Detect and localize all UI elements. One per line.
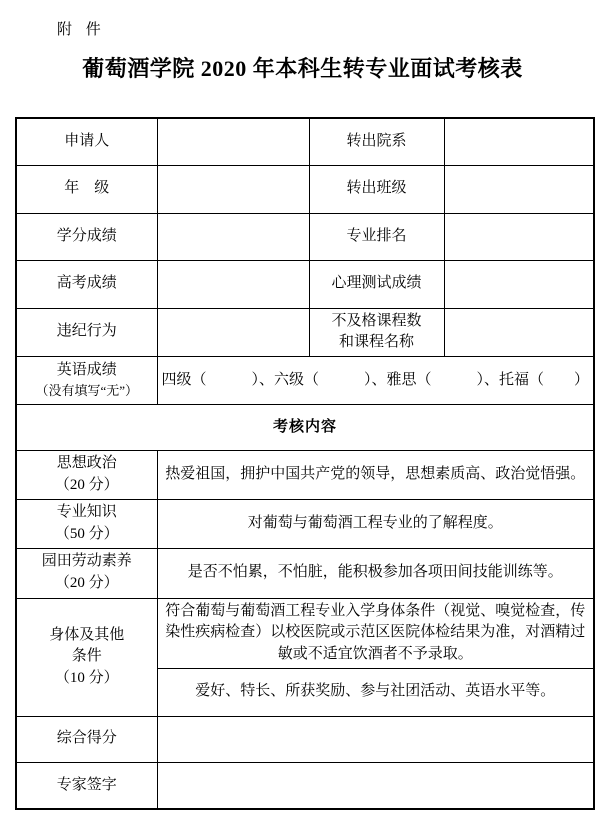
row-total-score: 综合得分 [16, 716, 594, 762]
row-section-header: 考核内容 [16, 405, 594, 451]
row-credit-score: 学分成绩 专业排名 [16, 213, 594, 260]
failed-courses-label: 不及格课程数 和课程名称 [309, 308, 444, 357]
professional-knowledge-label: 专业知识 （50 分） [16, 499, 157, 548]
row-physical-conditions-1: 身体及其他 条件 （10 分） 符合葡萄与葡萄酒工程专业入学身体条件（视觉、嗅觉… [16, 598, 594, 668]
row-ideology: 思想政治 （20 分） 热爱祖国，拥护中国共产党的领导，思想素质高、政治觉悟强。 [16, 451, 594, 500]
field-labor-label: 园田劳动素养 （20 分） [16, 548, 157, 598]
transfer-from-class-label: 转出班级 [309, 165, 444, 213]
total-score-label: 综合得分 [16, 716, 157, 762]
attachment-label: 附 件 [57, 18, 106, 39]
row-disciplinary: 违纪行为 不及格课程数 和课程名称 [16, 308, 594, 357]
physical-other-label: 身体及其他 条件 （10 分） [16, 598, 157, 716]
applicant-input-cell [157, 118, 309, 165]
document-page: 附 件 葡萄酒学院 2020 年本科生转专业面试考核表 申请人 转出院系 年 级… [0, 0, 605, 818]
page-title: 葡萄酒学院 2020 年本科生转专业面试考核表 [0, 52, 605, 83]
assessment-content-header: 考核内容 [16, 405, 594, 451]
transfer-from-class-input-cell [444, 165, 594, 213]
row-field-labor: 园田劳动素养 （20 分） 是否不怕累，不怕脏，能积极参加各项田间技能训练等。 [16, 548, 594, 598]
total-score-input-cell [157, 716, 594, 762]
major-ranking-label: 专业排名 [309, 213, 444, 260]
row-gaokao-score: 高考成绩 心理测试成绩 [16, 260, 594, 308]
row-professional-knowledge: 专业知识 （50 分） 对葡萄与葡萄酒工程专业的了解程度。 [16, 499, 594, 548]
physical-other-content-1: 符合葡萄与葡萄酒工程专业入学身体条件（视觉、嗅觉检查，传染性疾病检查）以校医院或… [157, 598, 594, 668]
expert-signature-label: 专家签字 [16, 762, 157, 809]
english-score-label-text: 英语成绩 [21, 360, 153, 382]
disciplinary-violation-input-cell [157, 308, 309, 357]
row-applicant: 申请人 转出院系 [16, 118, 594, 165]
transfer-from-department-input-cell [444, 118, 594, 165]
english-score-label: 英语成绩 （没有填写“无”） [16, 357, 157, 405]
applicant-label: 申请人 [16, 118, 157, 165]
physical-other-content-2: 爱好、特长、所获奖励、参与社团活动、英语水平等。 [157, 668, 594, 716]
assessment-form-table: 申请人 转出院系 年 级 转出班级 学分成绩 专业排名 高考成绩 心理测试成绩 [15, 117, 595, 810]
row-english-score: 英语成绩 （没有填写“无”） 四级（ ）、六级（ ）、雅思（ ）、托福（ ） [16, 357, 594, 405]
field-labor-content: 是否不怕累，不怕脏，能积极参加各项田间技能训练等。 [157, 548, 594, 598]
gaokao-score-label: 高考成绩 [16, 260, 157, 308]
grade-input-cell [157, 165, 309, 213]
psych-test-score-label: 心理测试成绩 [309, 260, 444, 308]
english-score-label-note: （没有填写“无”） [21, 382, 153, 401]
ideology-politics-label: 思想政治 （20 分） [16, 451, 157, 500]
transfer-from-department-label: 转出院系 [309, 118, 444, 165]
credit-score-input-cell [157, 213, 309, 260]
row-grade: 年 级 转出班级 [16, 165, 594, 213]
disciplinary-violation-label: 违纪行为 [16, 308, 157, 357]
psych-test-score-input-cell [444, 260, 594, 308]
english-score-content-cell: 四级（ ）、六级（ ）、雅思（ ）、托福（ ） [157, 357, 594, 405]
major-ranking-input-cell [444, 213, 594, 260]
grade-label: 年 级 [16, 165, 157, 213]
credit-score-label: 学分成绩 [16, 213, 157, 260]
gaokao-score-input-cell [157, 260, 309, 308]
ideology-politics-content: 热爱祖国，拥护中国共产党的领导，思想素质高、政治觉悟强。 [157, 451, 594, 500]
expert-signature-input-cell [157, 762, 594, 809]
failed-courses-input-cell [444, 308, 594, 357]
professional-knowledge-content: 对葡萄与葡萄酒工程专业的了解程度。 [157, 499, 594, 548]
row-expert-signature: 专家签字 [16, 762, 594, 809]
